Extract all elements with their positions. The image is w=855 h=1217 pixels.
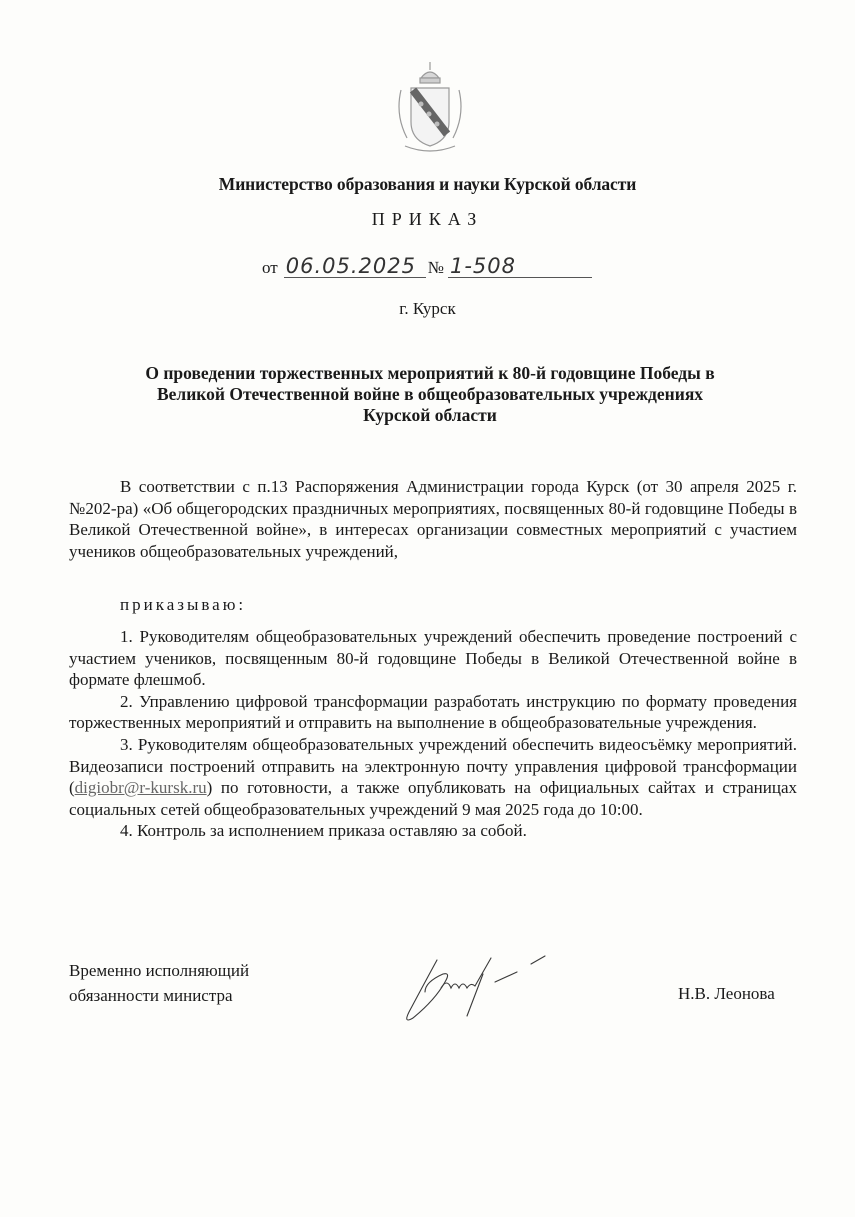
email-link[interactable]: digiobr@r-kursk.ru [75,778,207,797]
document-number: 1-508 [448,255,592,278]
order-word: приказываю: [120,594,246,616]
intro-paragraph: В соответствии с п.13 Распоряжения Админ… [69,476,797,562]
coat-of-arms-icon [391,60,469,160]
order-item: 2. Управлению цифровой трансформации раз… [69,691,797,734]
signer-position: Временно исполняющий обязанности министр… [69,958,249,1008]
title-line: Курской области [100,405,760,426]
order-items: 1. Руководителям общеобразовательных учр… [69,626,797,842]
order-item: 1. Руководителям общеобразовательных учр… [69,626,797,691]
document-date: 06.05.2025 [284,255,426,278]
position-line: обязанности министра [69,983,249,1008]
date-number-line: от 06.05.2025 № 1-508 [262,252,592,278]
title-line: О проведении торжественных мероприятий к… [100,363,760,384]
order-item: 4. Контроль за исполнением приказа остав… [69,820,797,842]
order-item: 3. Руководителям общеобразовательных учр… [69,734,797,820]
number-prefix: № [428,258,444,278]
handwritten-signature-icon [395,952,555,1027]
title-line: Великой Отечественной войне в общеобразо… [100,384,760,405]
city: г. Курск [0,299,855,319]
position-line: Временно исполняющий [69,958,249,983]
document-type: ПРИКАЗ [0,209,855,230]
date-prefix: от [262,258,278,278]
ministry-name: Министерство образования и науки Курской… [0,174,855,195]
signer-name: Н.В. Леонова [678,984,775,1004]
document-title: О проведении торжественных мероприятий к… [100,363,760,426]
